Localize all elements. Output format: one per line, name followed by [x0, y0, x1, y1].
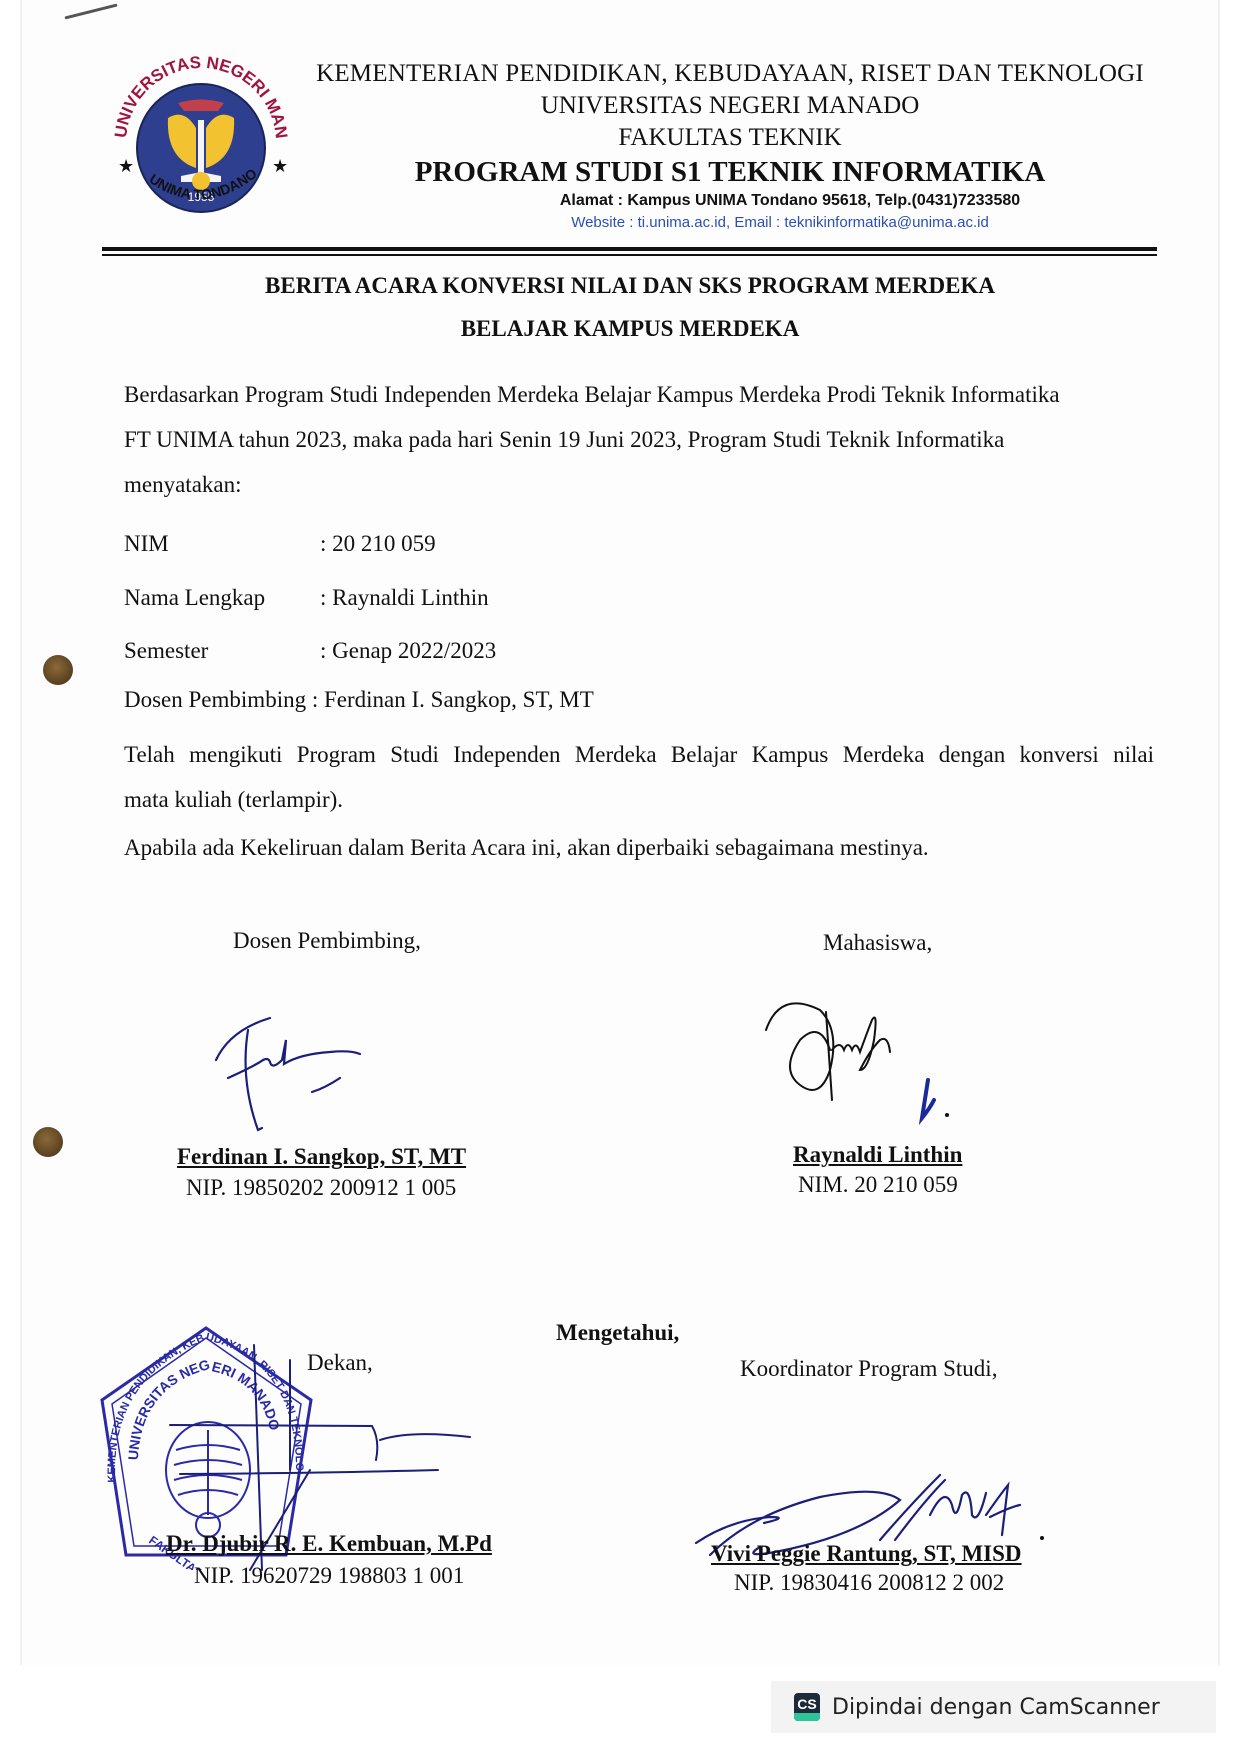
- field-value: : Raynaldi Linthin: [320, 585, 489, 610]
- statement-paragraph: Telah mengikuti Program Studi Independen…: [124, 732, 1154, 822]
- page-edge: [1218, 0, 1220, 1665]
- advisor-signature-icon: [210, 1000, 390, 1140]
- field-label: Semester: [124, 638, 320, 664]
- field-value: : Ferdinan I. Sangkop, ST, MT: [306, 687, 594, 712]
- faculty-name: FAKULTAS TEKNIK: [300, 122, 1160, 154]
- address: Alamat : Kampus UNIMA Tondano 95618, Tel…: [300, 190, 1160, 212]
- svg-text:★: ★: [272, 156, 288, 176]
- camscanner-watermark: CS Dipindai dengan CamScanner: [771, 1681, 1216, 1733]
- camscanner-logo-icon: CS: [794, 1693, 820, 1721]
- intro-paragraph: Berdasarkan Program Studi Independen Mer…: [124, 372, 1154, 507]
- closing-paragraph: Apabila ada Kekeliruan dalam Berita Acar…: [124, 825, 1154, 870]
- page-edge: [20, 0, 22, 1665]
- student-role: Mahasiswa,: [823, 930, 932, 956]
- website-email: Website : ti.unima.ac.id, Email : teknik…: [300, 212, 1160, 234]
- university-logo-icon: UNIVERSITAS NEGERI MANADO 1955 ★ ★ UNIMA…: [96, 48, 306, 218]
- ministry-name: KEMENTERIAN PENDIDIKAN, KEBUDAYAAN, RISE…: [300, 58, 1160, 90]
- field-label: Dosen Pembimbing: [124, 687, 306, 713]
- coordinator-nip: NIP. 19830416 200812 2 002: [734, 1570, 1004, 1596]
- punch-hole: [43, 655, 73, 685]
- dean-nip: NIP. 19620729 198803 1 001: [194, 1563, 464, 1589]
- letterhead-divider: [102, 247, 1157, 251]
- coordinator-name: Vivi Peggie Rantung, ST, MISD: [711, 1541, 1022, 1567]
- field-value: : 20 210 059: [320, 531, 436, 556]
- document-title: BERITA ACARA KONVERSI NILAI DAN SKS PROG…: [100, 273, 1160, 299]
- field-advisor: Dosen Pembimbing : Ferdinan I. Sangkop, …: [124, 687, 594, 713]
- advisor-nip: NIP. 19850202 200912 1 005: [186, 1175, 456, 1201]
- acknowledged-label: Mengetahui,: [556, 1320, 679, 1346]
- field-nim: NIM: 20 210 059: [124, 531, 436, 557]
- advisor-role: Dosen Pembimbing,: [233, 928, 421, 954]
- student-signature-icon: [760, 990, 960, 1140]
- advisor-name: Ferdinan I. Sangkop, ST, MT: [177, 1144, 466, 1170]
- field-value: : Genap 2022/2023: [320, 638, 496, 663]
- student-name: Raynaldi Linthin: [793, 1142, 962, 1168]
- letterhead: KEMENTERIAN PENDIDIKAN, KEBUDAYAAN, RISE…: [300, 58, 1160, 234]
- letterhead-divider: [102, 254, 1157, 256]
- field-full-name: Nama Lengkap: Raynaldi Linthin: [124, 585, 489, 611]
- university-name: UNIVERSITAS NEGERI MANADO: [300, 90, 1160, 122]
- program-name: PROGRAM STUDI S1 TEKNIK INFORMATIKA: [300, 154, 1160, 190]
- camscanner-label: Dipindai dengan CamScanner: [832, 1695, 1160, 1720]
- punch-hole: [33, 1127, 63, 1157]
- field-label: Nama Lengkap: [124, 585, 320, 611]
- dean-name: Dr. Djubir R. E. Kembuan, M.Pd: [166, 1531, 492, 1557]
- field-label: NIM: [124, 531, 320, 557]
- document-title: BELAJAR KAMPUS MERDEKA: [100, 316, 1160, 342]
- student-nim: NIM. 20 210 059: [798, 1172, 958, 1198]
- svg-text:★: ★: [118, 156, 134, 176]
- field-semester: Semester: Genap 2022/2023: [124, 638, 496, 664]
- coordinator-role: Koordinator Program Studi,: [740, 1356, 997, 1382]
